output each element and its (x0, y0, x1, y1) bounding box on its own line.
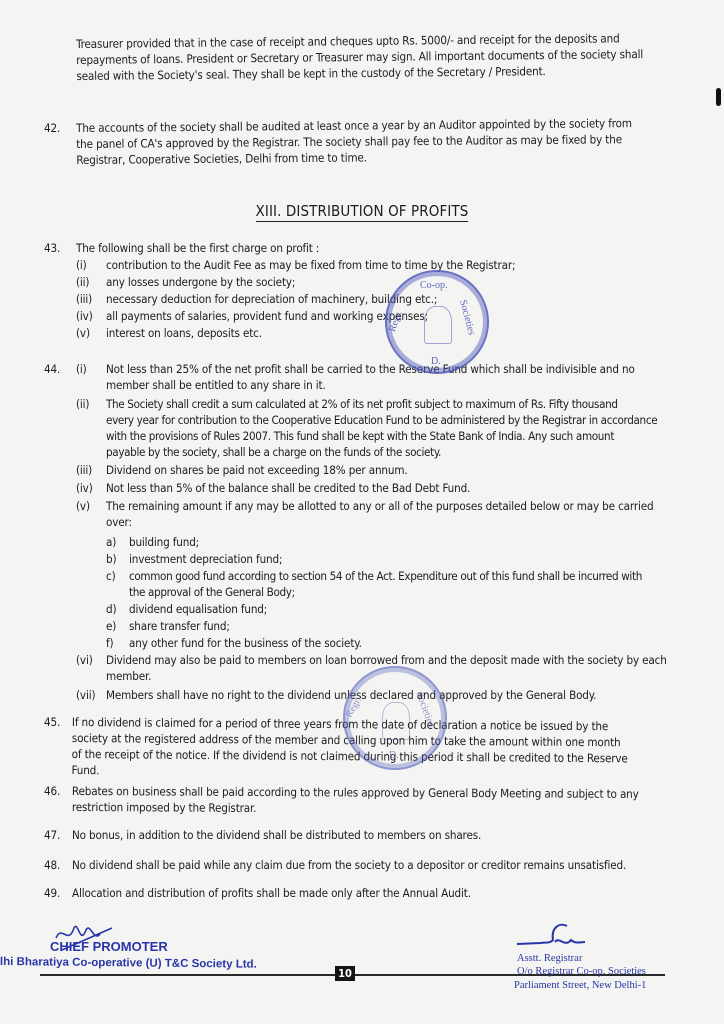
list-item: (i) Not less than 25% of the net profit … (76, 361, 710, 393)
signature-scribble (515, 918, 595, 950)
item-text: dividend equalisation fund; (129, 601, 706, 617)
item-text: contribution to the Audit Fee as may be … (106, 257, 710, 273)
clause-49: Allocation and distribution of profits s… (72, 885, 706, 901)
section-heading: XIII. DISTRIBUTION OF PROFITS (0, 202, 724, 220)
item-label: f) (106, 635, 128, 651)
clause-48: No dividend shall be paid while any clai… (72, 857, 706, 873)
item-label: (v) (76, 498, 106, 514)
stamp-text: Societies (414, 691, 437, 729)
item-label: (v) (76, 325, 106, 341)
item-label: (ii) (76, 396, 106, 412)
clause-number: 42. (44, 120, 74, 136)
item-label: (i) (76, 257, 106, 273)
sub-item: c) common good fund according to section… (106, 568, 706, 600)
text-line: common good fund according to section 54… (129, 568, 706, 584)
clause-number: 43. (44, 240, 74, 256)
item-label: (iv) (76, 308, 106, 324)
document-page: Treasurer provided that in the case of r… (0, 0, 724, 1024)
emblem-icon (424, 306, 452, 344)
page-number: 10 (335, 966, 355, 981)
item-text: share transfer fund; (129, 618, 706, 634)
text-line: over: (106, 514, 710, 530)
list-item: (i)contribution to the Audit Fee as may … (76, 257, 710, 273)
clause-42: The accounts of the society shall be aud… (76, 114, 710, 168)
text-line: member shall be entitled to any share in… (106, 377, 710, 393)
item-text: building fund; (129, 534, 706, 550)
stamp-text: Co-op. (420, 280, 448, 291)
item-label: (iii) (76, 291, 106, 307)
footer-rule (40, 974, 335, 976)
item-label: (iii) (76, 462, 106, 478)
item-label: (i) (76, 361, 106, 377)
sub-item: f)any other fund for the business of the… (106, 635, 706, 651)
text-line: restriction imposed by the Registrar. (72, 799, 706, 818)
item-text: investment depreciation fund; (129, 551, 706, 567)
society-name: lhi Bharatiya Co-operative (U) T&C Socie… (0, 956, 257, 971)
clause-47: No bonus, in addition to the dividend sh… (72, 827, 706, 843)
list-item: (v) The remaining amount if any may be a… (76, 498, 710, 530)
stamp-text: D. (431, 356, 441, 367)
item-label: (iv) (76, 480, 106, 496)
text-line: Dividend may also be paid to members on … (106, 652, 710, 668)
text-line: the approval of the General Body; (129, 584, 706, 600)
text-line: with the provisions of Rules 2007. This … (106, 428, 710, 444)
registrar-address: Parliament Street, New Delhi-1 (514, 980, 646, 991)
item-label: (ii) (76, 274, 106, 290)
list-item: (ii)any losses undergone by the society; (76, 274, 710, 290)
registrar-office: O/o Registrar Co-op. Societies (517, 966, 646, 977)
clause-46: Rebates on business shall be paid accord… (72, 783, 706, 818)
text-line: payable by the society, shall be a charg… (106, 444, 710, 460)
stamp-text: Regr. (344, 695, 364, 719)
scan-mark (716, 88, 721, 106)
asst-registrar-title: Asstt. Registrar (517, 953, 582, 964)
sub-item: d)dividend equalisation fund; (106, 601, 706, 617)
text-line: every year for contribution to the Coope… (106, 412, 710, 428)
item-text: Not less than 5% of the balance shall be… (106, 480, 710, 496)
sub-item: b)investment depreciation fund; (106, 551, 706, 567)
item-label: a) (106, 534, 128, 550)
item-label: (vii) (76, 687, 106, 703)
emblem-icon (382, 702, 410, 740)
section-heading-text: XIII. DISTRIBUTION OF PROFITS (256, 202, 469, 222)
sub-item: e)share transfer fund; (106, 618, 706, 634)
item-label: d) (106, 601, 128, 617)
item-label: (vi) (76, 652, 106, 668)
text-line: The Society shall credit a sum calculate… (106, 396, 710, 412)
stamp-text: Regr. (387, 310, 405, 334)
stamp-text: Societies (457, 299, 477, 337)
list-item: (iv) Not less than 5% of the balance sha… (76, 480, 710, 496)
item-text: Dividend on shares be paid not exceeding… (106, 462, 710, 478)
registrar-seal-stamp: Regr. Societies D. (343, 666, 447, 770)
stamp-text: D. (389, 750, 399, 761)
text-line: The remaining amount if any may be allot… (106, 498, 710, 514)
clause-number: 49. (44, 885, 74, 901)
item-label: c) (106, 568, 128, 584)
chief-promoter-title: CHIEF PROMOTER (50, 939, 168, 954)
item-label: e) (106, 618, 128, 634)
sub-item: a)building fund; (106, 534, 706, 550)
clause-number: 48. (44, 857, 74, 873)
clause-43-intro: The following shall be the first charge … (76, 240, 710, 256)
clause-number: 46. (44, 783, 74, 799)
clause-number: 47. (44, 827, 74, 843)
list-item: (iii) Dividend on shares be paid not exc… (76, 462, 710, 478)
continuation-paragraph: Treasurer provided that in the case of r… (76, 29, 716, 84)
item-text: any other fund for the business of the s… (129, 635, 706, 651)
list-item: (ii) The Society shall credit a sum calc… (76, 396, 710, 460)
item-label: b) (106, 551, 128, 567)
clause-number: 44. (44, 361, 74, 377)
registrar-seal-stamp: Co-op. Regr. Societies D. (385, 270, 489, 374)
clause-number: 45. (44, 714, 74, 730)
